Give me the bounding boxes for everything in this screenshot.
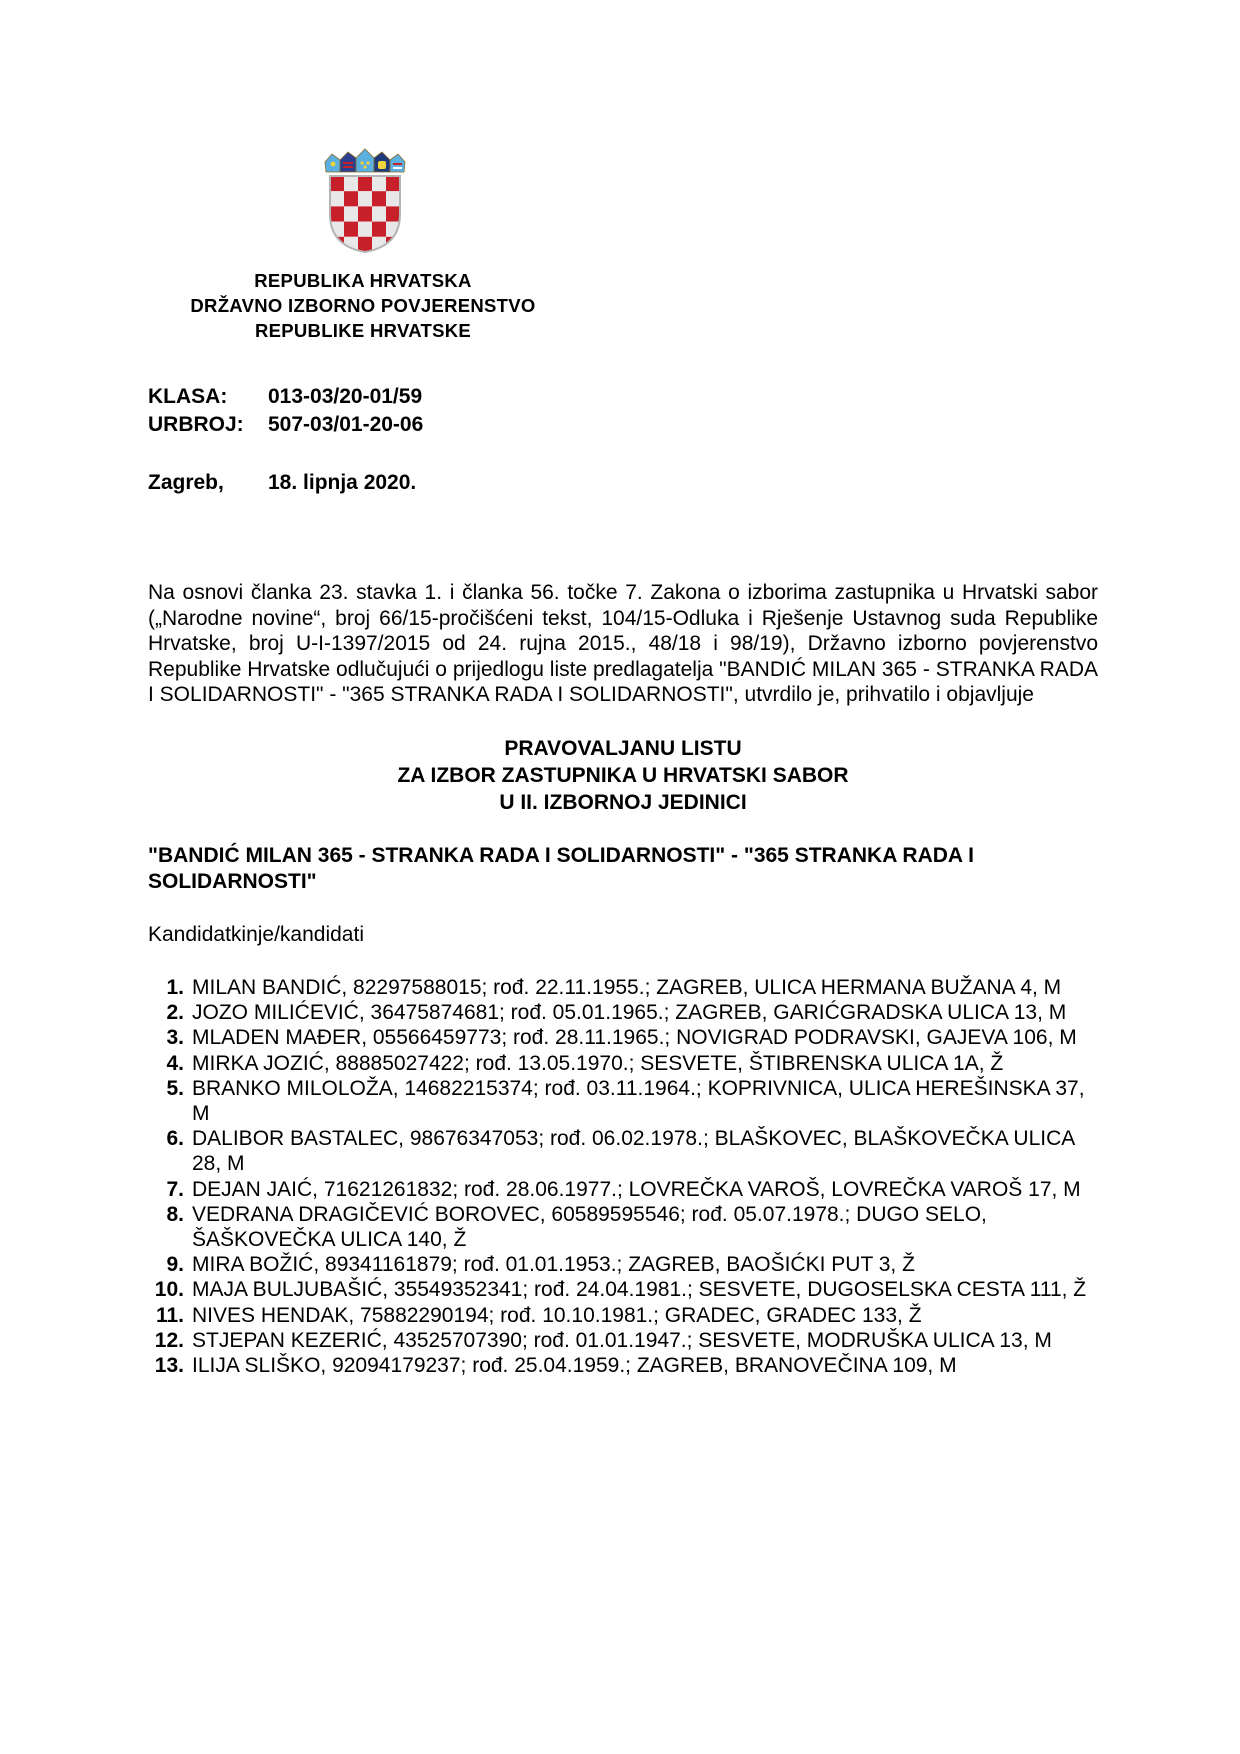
urbroj-value: 507-03/01-20-06 — [268, 413, 423, 436]
candidate-item: 5.BRANKO MILOLOŽA, 14682215374; rođ. 03.… — [148, 1076, 1098, 1126]
candidate-item: 3.MLADEN MAĐER, 05566459773; rođ. 28.11.… — [148, 1025, 1098, 1050]
title-line-2: ZA IZBOR ZASTUPNIKA U HRVATSKI SABOR — [148, 762, 1098, 789]
candidate-number: 7. — [148, 1177, 192, 1202]
intro-paragraph: Na osnovi članka 23. stavka 1. i članka … — [148, 580, 1098, 708]
title-line-1: PRAVOVALJANU LISTU — [148, 735, 1098, 762]
place-label: Zagreb, — [148, 469, 268, 497]
document-title: PRAVOVALJANU LISTU ZA IZBOR ZASTUPNIKA U… — [148, 735, 1098, 816]
candidate-details: MAJA BULJUBAŠIĆ, 35549352341; rođ. 24.04… — [192, 1277, 1098, 1302]
candidate-details: DEJAN JAIĆ, 71621261832; rođ. 28.06.1977… — [192, 1177, 1098, 1202]
candidate-item: 9.MIRA BOŽIĆ, 89341161879; rođ. 01.01.19… — [148, 1252, 1098, 1277]
candidate-details: STJEPAN KEZERIĆ, 43525707390; rođ. 01.01… — [192, 1328, 1098, 1353]
header-line-1: REPUBLIKA HRVATSKA — [148, 268, 578, 293]
date-value: 18. lipnja 2020. — [268, 471, 416, 494]
urbroj-row: URBROJ:507-03/01-20-06 — [148, 411, 423, 439]
header-line-3: REPUBLIKE HRVATSKE — [148, 318, 578, 343]
candidate-item: 6.DALIBOR BASTALEC, 98676347053; rođ. 06… — [148, 1126, 1098, 1176]
candidate-number: 12. — [148, 1328, 192, 1353]
candidate-details: NIVES HENDAK, 75882290194; rođ. 10.10.19… — [192, 1303, 1098, 1328]
candidate-item: 11.NIVES HENDAK, 75882290194; rođ. 10.10… — [148, 1303, 1098, 1328]
candidate-details: MLADEN MAĐER, 05566459773; rođ. 28.11.19… — [192, 1025, 1098, 1050]
institution-header: REPUBLIKA HRVATSKA DRŽAVNO IZBORNO POVJE… — [148, 268, 578, 343]
klasa-row: KLASA:013-03/20-01/59 — [148, 383, 422, 411]
candidate-details: DALIBOR BASTALEC, 98676347053; rođ. 06.0… — [192, 1126, 1098, 1176]
candidates-label: Kandidatkinje/kandidati — [148, 922, 364, 948]
candidate-details: VEDRANA DRAGIČEVIĆ BOROVEC, 60589595546;… — [192, 1202, 1098, 1252]
candidate-item: 13.ILIJA SLIŠKO, 92094179237; rođ. 25.04… — [148, 1353, 1098, 1378]
title-line-3: U II. IZBORNOJ JEDINICI — [148, 789, 1098, 816]
candidate-details: MILAN BANDIĆ, 82297588015; rođ. 22.11.19… — [192, 975, 1098, 1000]
candidate-details: JOZO MILIĆEVIĆ, 36475874681; rođ. 05.01.… — [192, 1000, 1098, 1025]
candidate-item: 2.JOZO MILIĆEVIĆ, 36475874681; rođ. 05.0… — [148, 1000, 1098, 1025]
party-name: "BANDIĆ MILAN 365 - STRANKA RADA I SOLID… — [148, 843, 1098, 895]
candidate-details: ILIJA SLIŠKO, 92094179237; rođ. 25.04.19… — [192, 1353, 1098, 1378]
candidate-number: 11. — [148, 1303, 192, 1328]
candidate-number: 6. — [148, 1126, 192, 1176]
header-line-2: DRŽAVNO IZBORNO POVJERENSTVO — [148, 293, 578, 318]
candidate-number: 5. — [148, 1076, 192, 1126]
candidate-item: 10.MAJA BULJUBAŠIĆ, 35549352341; rođ. 24… — [148, 1277, 1098, 1302]
candidate-details: BRANKO MILOLOŽA, 14682215374; rođ. 03.11… — [192, 1076, 1098, 1126]
candidate-item: 8.VEDRANA DRAGIČEVIĆ BOROVEC, 6058959554… — [148, 1202, 1098, 1252]
candidate-number: 8. — [148, 1202, 192, 1252]
klasa-value: 013-03/20-01/59 — [268, 385, 422, 408]
date-row: Zagreb,18. lipnja 2020. — [148, 469, 416, 497]
candidate-item: 1.MILAN BANDIĆ, 82297588015; rođ. 22.11.… — [148, 975, 1098, 1000]
candidate-number: 2. — [148, 1000, 192, 1025]
candidate-number: 13. — [148, 1353, 192, 1378]
klasa-label: KLASA: — [148, 383, 268, 411]
candidate-list: 1.MILAN BANDIĆ, 82297588015; rođ. 22.11.… — [148, 975, 1098, 1378]
candidate-item: 4.MIRKA JOZIĆ, 88885027422; rođ. 13.05.1… — [148, 1051, 1098, 1076]
coat-of-arms-icon — [322, 148, 408, 254]
candidate-number: 4. — [148, 1051, 192, 1076]
candidate-number: 9. — [148, 1252, 192, 1277]
candidate-number: 1. — [148, 975, 192, 1000]
candidate-number: 3. — [148, 1025, 192, 1050]
urbroj-label: URBROJ: — [148, 411, 268, 439]
candidate-details: MIRKA JOZIĆ, 88885027422; rođ. 13.05.197… — [192, 1051, 1098, 1076]
candidate-number: 10. — [148, 1277, 192, 1302]
candidate-details: MIRA BOŽIĆ, 89341161879; rođ. 01.01.1953… — [192, 1252, 1098, 1277]
candidate-item: 7.DEJAN JAIĆ, 71621261832; rođ. 28.06.19… — [148, 1177, 1098, 1202]
candidate-item: 12.STJEPAN KEZERIĆ, 43525707390; rođ. 01… — [148, 1328, 1098, 1353]
